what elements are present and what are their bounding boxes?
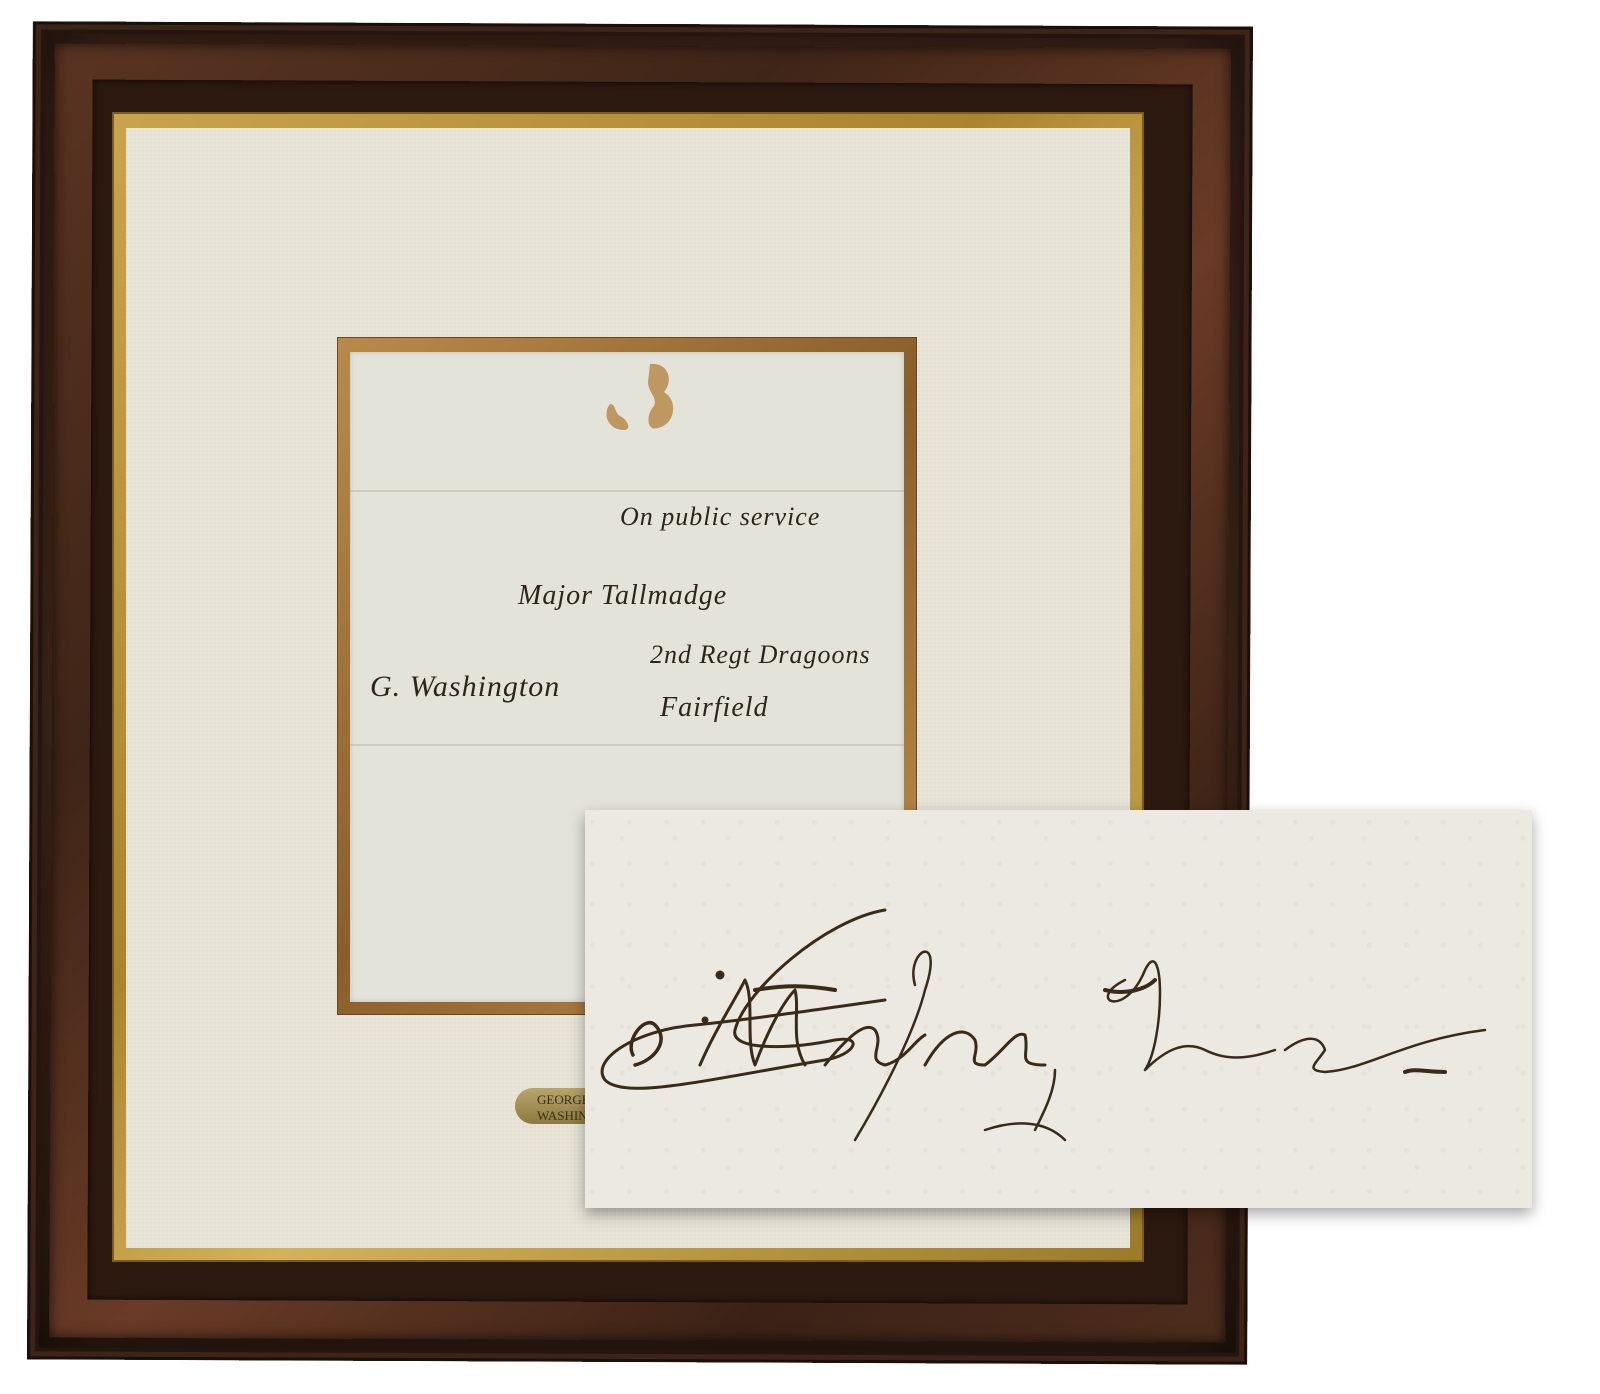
- fold-line: [350, 490, 904, 492]
- signature-enlarged-icon: [585, 810, 1532, 1208]
- wax-seal-stain-icon: [598, 358, 684, 436]
- letter-line-public-service: On public service: [620, 502, 820, 532]
- letter-signature: G. Washington: [370, 670, 560, 704]
- letter-line-addressee: Major Tallmadge: [518, 580, 727, 612]
- signature-inset: [585, 810, 1532, 1208]
- letter-line-regiment: 2nd Regt Dragoons: [650, 640, 871, 670]
- fold-line: [350, 744, 904, 746]
- letter-line-location: Fairfield: [660, 692, 769, 724]
